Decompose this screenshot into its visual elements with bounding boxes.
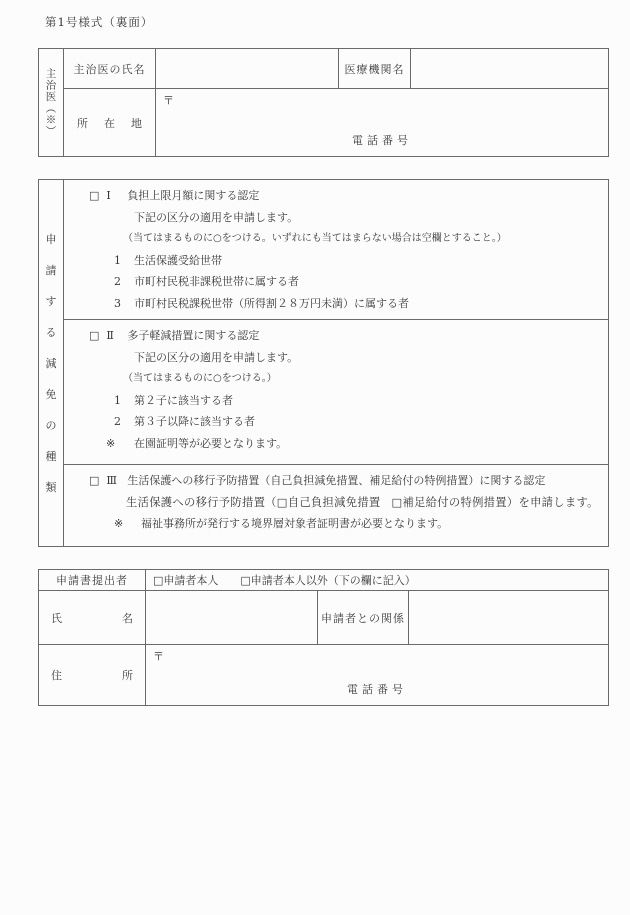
- section-2-head: □Ⅱ多子軽減措置に関する認定: [64, 325, 608, 347]
- section-3-remark: ※福祉事務所が発行する境界層対象者証明書が必要となります。: [64, 513, 608, 535]
- postal-mark: 〒: [163, 92, 174, 108]
- form-title: 第1号様式（裏面）: [45, 14, 608, 30]
- section-2: □Ⅱ多子軽減措置に関する認定 下記の区分の適用を申請します。 （当てはまるものに…: [64, 320, 609, 465]
- section-1: □Ⅰ負担上限月額に関する認定 下記の区分の適用を申請します。 （当てはまるものに…: [64, 180, 609, 320]
- submitter-header-label: 申請書提出者: [39, 570, 146, 591]
- section-3-title: 生活保護への移行予防措置（自己負担減免措置、補足給付の特例措置）に関する認定: [127, 474, 545, 487]
- submitter-phone-label: 電話番号: [347, 681, 407, 697]
- section-1-title: 負担上限月額に関する認定: [127, 189, 259, 202]
- section-3-checkbox[interactable]: □: [89, 470, 99, 492]
- doctor-address-label: 所在地: [64, 89, 156, 157]
- doctor-name-label: 主治医の氏名: [64, 49, 156, 89]
- section-2-note: （当てはまるものに○をつける。）: [64, 368, 608, 390]
- postal-mark: 〒: [153, 648, 164, 664]
- submitter-address-label: 住所: [39, 645, 146, 706]
- doctor-name-field[interactable]: [156, 49, 339, 89]
- section-1-item-2[interactable]: 2市町村民税非課税世帯に属する者: [64, 271, 608, 293]
- section-2-title: 多子軽減措置に関する認定: [127, 329, 259, 342]
- section-3: □Ⅲ生活保護への移行予防措置（自己負担減免措置、補足給付の特例措置）に関する認定…: [64, 465, 609, 547]
- section-2-item-2[interactable]: 2第３子以降に該当する者: [64, 411, 608, 433]
- section-3-head: □Ⅲ生活保護への移行予防措置（自己負担減免措置、補足給付の特例措置）に関する認定: [64, 470, 608, 492]
- section-1-checkbox[interactable]: □: [89, 185, 99, 207]
- section-1-item-3[interactable]: 3市町村民税課税世帯（所得割２８万円未満）に属する者: [64, 293, 608, 315]
- section-2-numeral: Ⅱ: [106, 325, 127, 347]
- submitter-name-label: 氏名: [39, 591, 146, 645]
- option-self-pay-reduction[interactable]: □自己負担減免措置: [277, 496, 381, 509]
- doctor-phone-label: 電話番号: [352, 132, 412, 148]
- submitter-name-field[interactable]: [146, 591, 318, 645]
- doctor-table: 主治医（※） 主治医の氏名 医療機関名 所在地 〒 電話番号: [38, 48, 609, 157]
- submitter-options: □申請者本人□申請者本人以外（下の欄に記入）: [146, 570, 609, 591]
- submitter-address-field[interactable]: 〒 電話番号: [146, 645, 609, 706]
- form-page: 第1号様式（裏面） 主治医（※） 主治医の氏名 医療機関名 所在地 〒 電話番号…: [0, 0, 630, 915]
- institution-name-label: 医療機関名: [339, 49, 411, 89]
- option-supplementary-benefit[interactable]: □補足給付の特例措置: [392, 496, 507, 509]
- section-2-checkbox[interactable]: □: [89, 325, 99, 347]
- reference-mark: ※: [114, 513, 141, 535]
- section-1-note: （当てはまるものに○をつける。いずれにも当てはまらない場合は空欄とすること。）: [64, 228, 608, 250]
- reference-mark: ※: [106, 433, 134, 455]
- apply-prefix: 生活保護への移行予防措置（: [126, 496, 277, 509]
- section-2-item-1[interactable]: 1第２子に該当する者: [64, 390, 608, 412]
- institution-name-field[interactable]: [411, 49, 609, 89]
- exemption-side-label: 申請する減免の種類: [39, 180, 64, 547]
- section-1-item-1[interactable]: 1生活保護受給世帯: [64, 250, 608, 272]
- relation-field[interactable]: [409, 591, 609, 645]
- section-1-subtitle: 下記の区分の適用を申請します。: [64, 207, 608, 229]
- section-3-apply-line: 生活保護への移行予防措置（□自己負担減免措置□補足給付の特例措置）を申請します。: [64, 492, 608, 514]
- section-2-subtitle: 下記の区分の適用を申請します。: [64, 347, 608, 369]
- relation-label: 申請者との関係: [318, 591, 409, 645]
- section-1-numeral: Ⅰ: [106, 185, 127, 207]
- doctor-address-field[interactable]: 〒 電話番号: [156, 89, 609, 157]
- section-2-remark: ※在園証明等が必要となります。: [64, 433, 608, 455]
- doctor-side-label: 主治医（※）: [39, 49, 64, 157]
- submitter-table: 申請書提出者 □申請者本人□申請者本人以外（下の欄に記入） 氏名 申請者との関係…: [38, 569, 609, 706]
- section-1-head: □Ⅰ負担上限月額に関する認定: [64, 185, 608, 207]
- option-applicant-self[interactable]: □申請者本人: [153, 572, 218, 588]
- exemption-table: 申請する減免の種類 □Ⅰ負担上限月額に関する認定 下記の区分の適用を申請します。…: [38, 179, 609, 547]
- section-3-numeral: Ⅲ: [106, 470, 127, 492]
- apply-suffix: ）を申請します。: [507, 496, 599, 509]
- option-applicant-other[interactable]: □申請者本人以外（下の欄に記入）: [240, 572, 415, 588]
